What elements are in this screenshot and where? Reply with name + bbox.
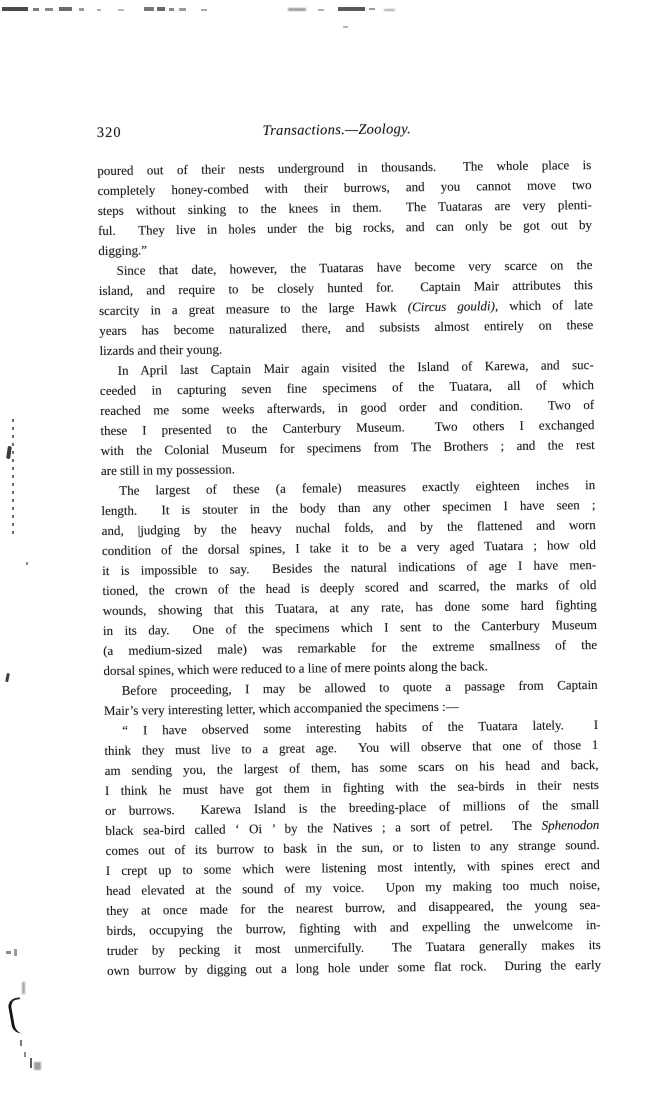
- scan-smudge-top: [157, 7, 165, 11]
- scan-smudge-top: [288, 8, 306, 11]
- scan-mark-left: [6, 446, 12, 459]
- scan-smudge-top: [79, 8, 84, 11]
- text-segment: lizards and their young.: [99, 342, 222, 358]
- text-segment: scarcity in a great measure to the large…: [99, 299, 408, 318]
- text-segment: years has become naturalized there, and …: [99, 317, 593, 338]
- text-segment: I crept up to some which were listening …: [106, 857, 600, 878]
- text-segment: condition of the dorsal spines, I take i…: [102, 537, 596, 558]
- scan-speck: [22, 982, 25, 994]
- text-segment: black sea-bird called ‘ Oi ’ by the Nati…: [105, 818, 541, 838]
- scan-speck: [14, 949, 17, 956]
- text-segment: Since that date, however, the Tuataras h…: [116, 257, 592, 278]
- scan-speck: [20, 1040, 22, 1046]
- scan-smudge-top: [118, 9, 124, 11]
- text-segment: wounds, showing that this Tuatara, at an…: [103, 597, 597, 618]
- scan-smudge-top: [2, 7, 28, 11]
- text-block: poured out of their nests underground in…: [97, 155, 601, 981]
- text-segment: completely honey-combed with their burro…: [97, 177, 591, 198]
- page-header: 320 Transactions.—Zoology.: [97, 117, 591, 143]
- text-segment: Mair’s very interesting letter, which ac…: [104, 699, 459, 718]
- text-segment: it is impossible to say. Besides the nat…: [102, 557, 596, 578]
- text-segment: dorsal spines, which were reduced to a l…: [103, 658, 488, 678]
- scan-smudge-top: [97, 9, 101, 11]
- text-segment: and, |judging by the heavy nuchal folds,…: [102, 517, 596, 538]
- scan-mark-left: [12, 419, 14, 535]
- text-segment: “ I have observed some interesting habit…: [122, 717, 598, 738]
- scan-smudge-top: [369, 8, 375, 10]
- text-segment: head elevated at the sound of my voice. …: [106, 877, 600, 898]
- page-sheet: 320 Transactions.—Zoology. poured out of…: [97, 117, 601, 981]
- text-segment: ceeded in capturing seven fine specimens…: [100, 377, 594, 398]
- text-segment: I think he must have got them in fightin…: [105, 777, 599, 798]
- text-segment: truder by pecking it most unmercifully. …: [107, 937, 601, 958]
- text-segment: are still in my possession.: [101, 461, 235, 478]
- scan-smudge-top: [318, 9, 324, 11]
- scan-smudge-top: [179, 8, 186, 11]
- scan-speck: [34, 1062, 41, 1070]
- scanned-page: { "page": { "number": "320", "running_he…: [0, 0, 671, 1100]
- text-segment: reached me some weeks afterwards, in goo…: [100, 397, 594, 418]
- scan-smudge-top: [338, 7, 365, 11]
- text-segment: poured out of their nests underground in…: [97, 157, 591, 178]
- text-segment: Before proceeding, I may be allowed to q…: [122, 677, 598, 698]
- scan-smudge-top: [201, 9, 207, 11]
- text-segment: own burrow by digging out a long hole un…: [107, 957, 601, 978]
- text-segment: length. It is stouter in the body than a…: [101, 497, 595, 518]
- running-header: Transactions.—Zoology.: [90, 117, 584, 143]
- text-segment: or burrows. Karewa Island is the breedin…: [105, 797, 599, 818]
- scan-speck: [343, 26, 348, 28]
- scan-speck: [24, 1052, 26, 1057]
- scan-smudge-top: [169, 8, 174, 11]
- scan-speck: [6, 951, 11, 954]
- text-segment: think they must live to a great age. You…: [104, 737, 598, 758]
- text-segment: island, and require to be closely hunted…: [99, 277, 593, 298]
- scan-smudge-top: [33, 8, 39, 11]
- text-segment: steps without sinking to the knees in th…: [98, 197, 592, 218]
- scan-mark-left: [5, 673, 10, 682]
- text-segment: digging.”: [98, 242, 147, 258]
- text-segment: with the Colonial Museum for specimens f…: [101, 437, 595, 458]
- text-segment: tioned, the crown of the head is deeply …: [102, 577, 596, 598]
- scan-smudge-top: [45, 8, 53, 11]
- text-segment: (a medium-sized male) was remarkable for…: [103, 637, 597, 658]
- text-segment: , which of late: [495, 297, 593, 313]
- text-segment: comes out of its burrow to bask in the s…: [106, 837, 600, 858]
- text-segment: these I presented to the Canterbury Muse…: [100, 417, 594, 438]
- text-segment: am sending you, the largest of them, has…: [105, 757, 599, 778]
- scan-smudge-top: [384, 9, 395, 11]
- italic-text-segment: Sphenodon: [541, 817, 599, 833]
- text-segment: ful. They live in holes under the big ro…: [98, 217, 592, 238]
- scan-speck: [30, 1058, 32, 1068]
- scan-smudge-top: [144, 7, 154, 11]
- text-segment: they at once made for the nearest burrow…: [106, 897, 600, 918]
- text-segment: The largest of these (a female) measures…: [119, 477, 595, 498]
- scan-smudge-top: [59, 7, 72, 11]
- scan-ink-hook: [7, 997, 26, 1035]
- scan-speck: [26, 562, 28, 565]
- text-segment: birds, occupying the burrow, fighting wi…: [107, 917, 601, 938]
- text-segment: In April last Captain Mair again visited…: [118, 357, 594, 378]
- text-segment: in its day. One of the specimens which I…: [103, 617, 597, 638]
- italic-text-segment: (Circus gouldi): [408, 298, 495, 314]
